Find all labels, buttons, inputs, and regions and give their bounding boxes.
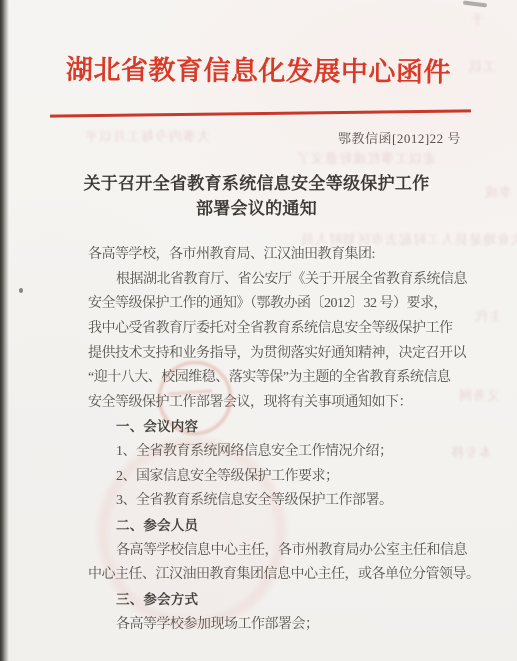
body-line: 安全等级保护工作部署会议，现将有关事项通知如下： <box>88 391 490 416</box>
ghost-bleedthrough-text: 走以工事红或好意义了 <box>296 148 436 167</box>
section-heading: 三、参会方式 <box>88 588 490 613</box>
scan-corner-artifact <box>463 1 487 8</box>
body-line: 各高等学校，各市州教育局、江汉油田教育集团: <box>88 243 490 268</box>
subject-title-line1: 关于召开全省教育系统信息安全等级保护工作 <box>0 171 513 196</box>
body-line: 根据湖北省教育厅、省公安厅《关于开展全省教育系统信息 <box>88 268 490 293</box>
scan-speck <box>19 288 23 293</box>
body-line: 2、国家信息安全等级保护工作要求； <box>88 465 490 490</box>
ghost-bleedthrough-text: 大事内今每工月以平 <box>84 126 210 145</box>
subject-title: 关于召开全省教育系统信息安全等级保护工作 部署会议的通知 <box>0 171 513 221</box>
body-line: 安全等级保护工作的通知》（鄂教办函〔2012〕32 号）要求， <box>88 292 490 317</box>
body-line: 各高等学校参加现场工作部署会； <box>88 613 490 638</box>
section-heading: 二、参会人员 <box>88 514 490 539</box>
ghost-bleedthrough-text: 干 <box>470 9 484 28</box>
body-line: 中心主任、江汉油田教育集团信息中心主任，或各单位分管领导。 <box>88 563 490 588</box>
document-number: 鄂教信函[2012]22 号 <box>338 128 461 147</box>
body-line: 1、全省教育系统网络信息安全工作情况介绍； <box>88 440 490 465</box>
body-line: 我中心受省教育厅委托对全省教育系统信息安全等级保护工作 <box>88 317 490 342</box>
subject-title-line2: 部署会议的通知 <box>0 196 513 221</box>
letterhead-red-rule <box>50 109 471 117</box>
body-line: 3、全省教育系统信息安全等级保护工作部署。 <box>88 489 490 514</box>
body-line: 提供技术支持和业务指导，为贯彻落实好通知精神，决定召开以 <box>88 342 490 367</box>
scan-edge-shadow <box>0 0 9 661</box>
body-line: 各高等学校信息中心主任，各市州教育局办公室主任和信息 <box>88 539 490 564</box>
section-heading: 一、会议内容 <box>88 415 490 440</box>
document-body: 各高等学校，各市州教育局、江汉油田教育集团:根据湖北省教育厅、省公安厅《关于开展… <box>88 243 490 637</box>
letterhead-org-title: 湖北省教育信息化发展中心函件 <box>0 47 517 90</box>
scanned-letter-page: 大事内今每工月以平 走以工事红或好意义了 大业地是县人工时起去市区划时人员 工以… <box>0 0 517 661</box>
body-line: “迎十八大、校园维稳、落实等保”为主题的全省教育系统信息 <box>88 366 490 391</box>
